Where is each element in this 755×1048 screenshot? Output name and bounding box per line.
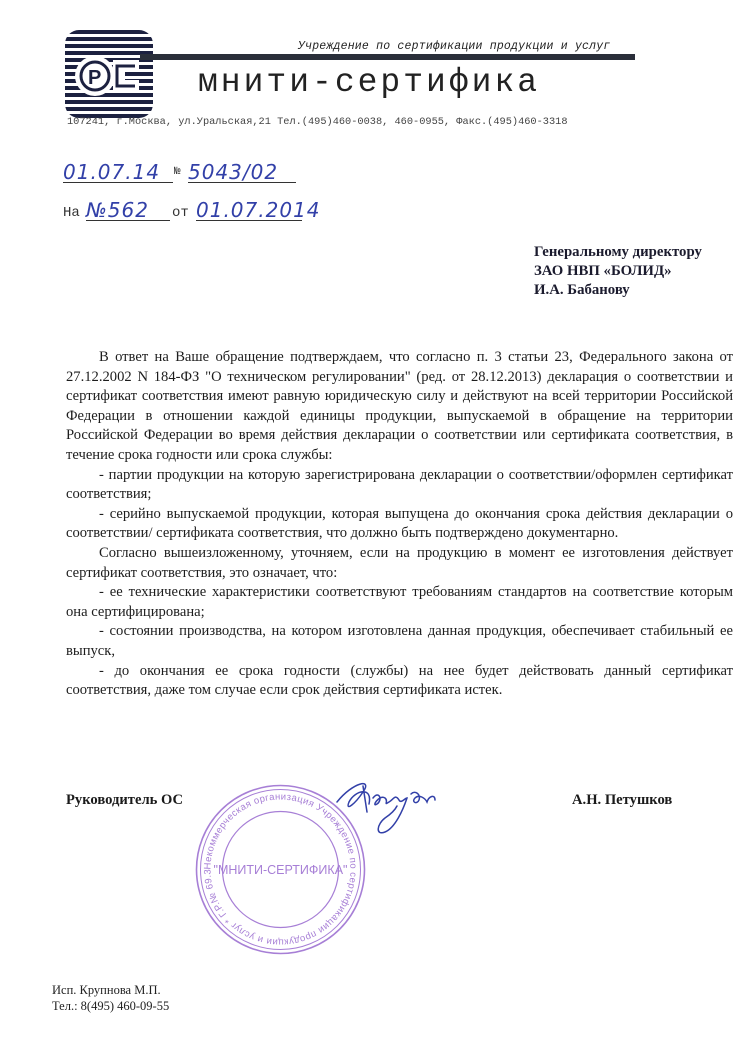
from-label: от — [172, 205, 189, 221]
addressee-block: Генеральному директору ЗАО НВП «БОЛИД» И… — [534, 243, 702, 300]
body-list-item: - ее технические характеристики соответс… — [66, 583, 733, 622]
outgoing-date: 01.07.14 — [63, 160, 160, 184]
handwritten-signature — [323, 772, 453, 852]
number-label: № — [174, 166, 181, 178]
outgoing-number-field: 5043/02 — [188, 160, 296, 183]
rst-certification-logo-icon: P — [63, 28, 155, 120]
reply-label: На — [63, 205, 80, 221]
body-list-item: - партии продукции на которую зарегистри… — [66, 466, 733, 505]
addressee-name: И.А. Бабанову — [534, 281, 702, 300]
signatory-title: Руководитель ОС — [66, 792, 183, 809]
outgoing-number: 5043/02 — [188, 160, 278, 184]
body-list-item: - серийно выпускаемой продукции, которая… — [66, 505, 733, 544]
addressee-company: ЗАО НВП «БОЛИД» — [534, 262, 702, 281]
company-tagline: Учреждение по сертификации продукции и у… — [298, 40, 610, 53]
reply-number-field: №562 — [86, 198, 170, 221]
company-name: мнити-сертифика — [198, 64, 540, 101]
executor-block: Исп. Крупнова М.П. Тел.: 8(495) 460-09-5… — [52, 982, 169, 1014]
stamp-center-text: "МНИТИ-СЕРТИФИКА" — [214, 863, 348, 877]
addressee-position: Генеральному директору — [534, 243, 702, 262]
body-paragraph: Согласно вышеизложенному, уточняем, если… — [66, 544, 733, 583]
body-list-item: - состоянии производства, на котором изг… — [66, 622, 733, 661]
letter-body: В ответ на Ваше обращение подтверждаем, … — [66, 348, 733, 701]
letterhead-divider — [140, 54, 635, 60]
executor-phone: Тел.: 8(495) 460-09-55 — [52, 998, 169, 1014]
reply-date-field: 01.07.2014 — [196, 198, 302, 221]
reply-number: №562 — [86, 198, 149, 222]
body-list-item: - до окончания ее срока годности (службы… — [66, 662, 733, 701]
svg-text:P: P — [88, 67, 101, 89]
executor-name: Исп. Крупнова М.П. — [52, 982, 169, 998]
body-paragraph: В ответ на Ваше обращение подтверждаем, … — [66, 348, 733, 466]
outgoing-date-field: 01.07.14 — [63, 160, 173, 183]
company-address: 107241, г.Москва, ул.Уральская,21 Тел.(4… — [67, 116, 568, 128]
signatory-name: А.Н. Петушков — [572, 792, 672, 809]
reply-date: 01.07.2014 — [196, 198, 321, 222]
